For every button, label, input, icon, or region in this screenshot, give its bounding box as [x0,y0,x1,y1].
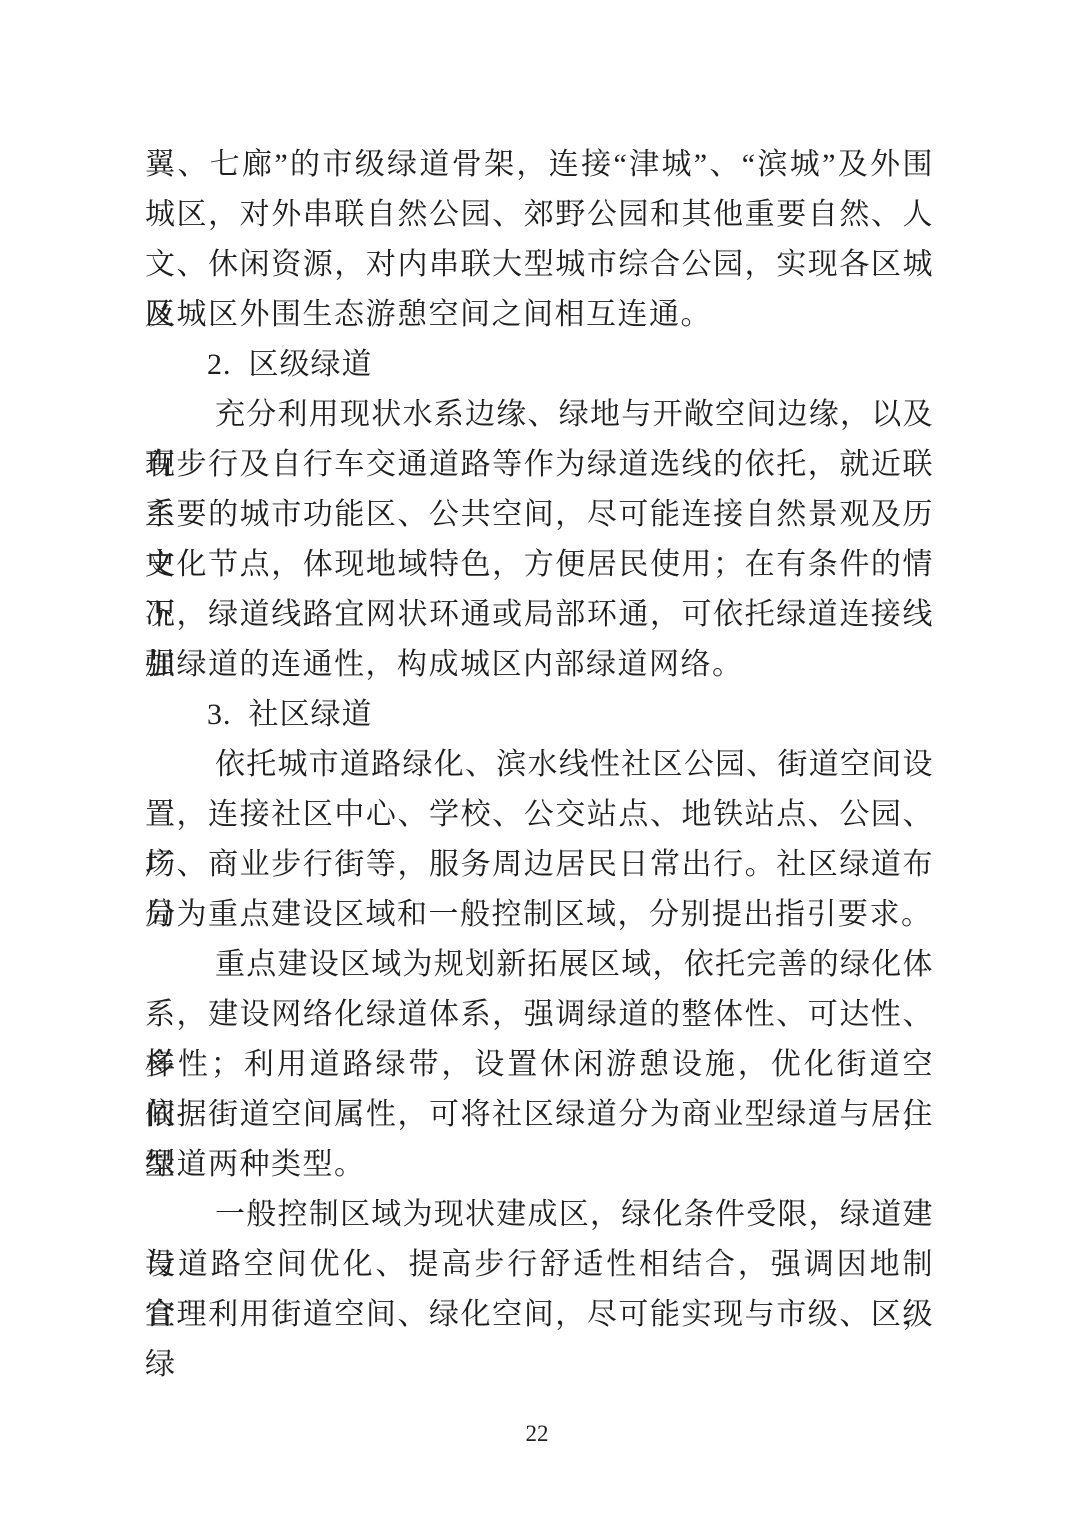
text-line: 绿道两种类型。 [145,1140,933,1190]
paragraph-district-greenway: 充分利用现状水系边缘、绿地与开敞空间边缘，以及现 有步行及自行车交通道路等作为绿… [145,390,933,690]
document-body: 翼、七廊”的市级绿道骨架，连接“津城”、“滨城”及外围 城区，对外串联自然公园、… [145,140,933,1340]
text-line: 合理利用街道空间、绿化空间，尽可能实现与市级、区级绿 [145,1290,933,1340]
text-line: 依托城市道路绿化、滨水线性社区公园、街道空间设 [145,740,933,790]
text-line: 置，连接社区中心、学校、公交站点、地铁站点、公园、广 [145,790,933,840]
page-number: 22 [0,1420,1074,1448]
text-line: 场、商业步行街等，服务周边居民日常出行。社区绿道布局 [145,840,933,890]
text-line: 文、休闲资源，对内串联大型城市综合公园，实现各区城区 [145,240,933,290]
paragraph-community-greenway: 依托城市道路绿化、滨水线性社区公园、街道空间设 置，连接社区中心、学校、公交站点… [145,740,933,940]
text-line: 有步行及自行车交通道路等作为绿道选线的依托，就近联系 [145,440,933,490]
text-line: 系，建设网络化绿道体系，强调绿道的整体性、可达性、多 [145,990,933,1040]
text-line: 分为重点建设区域和一般控制区域，分别提出指引要求。 [145,890,933,940]
text-line: 城区，对外串联自然公园、郊野公园和其他重要自然、人 [145,190,933,240]
section-heading-community-greenway: 3. 社区绿道 [145,690,933,740]
text-line: 文化节点，体现地域特色，方便居民使用；在有条件的情况 [145,540,933,590]
text-line: 重点建设区域为规划新拓展区域，依托完善的绿化体 [145,940,933,990]
text-line: 翼、七廊”的市级绿道骨架，连接“津城”、“滨城”及外围 [145,140,933,190]
paragraph-general-control-area: 一般控制区域为现状建成区，绿化条件受限，绿道建设 与道路空间优化、提高步行舒适性… [145,1190,933,1340]
text-line: 一般控制区域为现状建成区，绿化条件受限，绿道建设 [145,1190,933,1240]
section-heading-district-greenway: 2. 区级绿道 [145,340,933,390]
paragraph-key-construction-area: 重点建设区域为规划新拓展区域，依托完善的绿化体 系，建设网络化绿道体系，强调绿道… [145,940,933,1190]
text-line: 充分利用现状水系边缘、绿地与开敞空间边缘，以及现 [145,390,933,440]
text-line: 及城区外围生态游憩空间之间相互连通。 [145,290,933,340]
text-line: 下，绿道线路宜网状环通或局部环通，可依托绿道连接线加 [145,590,933,640]
document-page: 翼、七廊”的市级绿道骨架，连接“津城”、“滨城”及外围 城区，对外串联自然公园、… [0,0,1074,1520]
text-line: 依据街道空间属性，可将社区绿道分为商业型绿道与居住型 [145,1090,933,1140]
paragraph-continuation: 翼、七廊”的市级绿道骨架，连接“津城”、“滨城”及外围 城区，对外串联自然公园、… [145,140,933,340]
text-line: 强绿道的连通性，构成城区内部绿道网络。 [145,640,933,690]
text-line: 与道路空间优化、提高步行舒适性相结合，强调因地制宜， [145,1240,933,1290]
text-line: 主要的城市功能区、公共空间，尽可能连接自然景观及历史 [145,490,933,540]
text-line: 样性；利用道路绿带，设置休闲游憩设施，优化街道空间， [145,1040,933,1090]
